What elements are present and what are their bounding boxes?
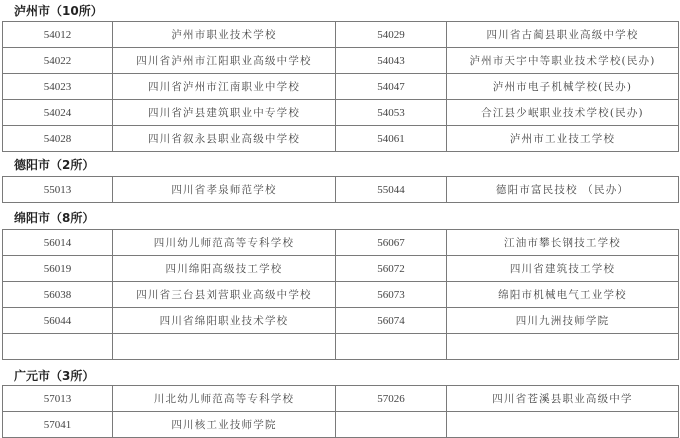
- school-name: 四川省三台县刘营职业高级中学校: [113, 282, 336, 308]
- school-name: 四川绵阳高级技工学校: [113, 256, 336, 282]
- school-code: 54024: [3, 100, 113, 126]
- school-code: 54022: [3, 48, 113, 74]
- school-code: 54023: [3, 74, 113, 100]
- school-code: 57026: [336, 386, 447, 412]
- school-code: [336, 334, 447, 360]
- table-row: 54012 泸州市职业技术学校 54029 四川省古蔺县职业高级中学校: [3, 22, 679, 48]
- school-name: 绵阳市机械电气工业学校: [447, 282, 679, 308]
- school-code: [336, 412, 447, 438]
- school-name: 四川省绵阳职业技术学校: [113, 308, 336, 334]
- school-code: 55044: [336, 177, 447, 203]
- school-name: 四川省古蔺县职业高级中学校: [447, 22, 679, 48]
- school-name: 四川核工业技师学院: [113, 412, 336, 438]
- school-name: 江油市攀长钢技工学校: [447, 230, 679, 256]
- school-name: [447, 334, 679, 360]
- school-code: 56044: [3, 308, 113, 334]
- school-name: 川北幼儿师范高等专科学校: [113, 386, 336, 412]
- school-name: 泸州市天宇中等职业技术学校(民办): [447, 48, 679, 74]
- school-name: 德阳市富民技校 （民办）: [447, 177, 679, 203]
- school-name: 四川省泸州市江阳职业高级中学校: [113, 48, 336, 74]
- school-code: 54012: [3, 22, 113, 48]
- school-name: 四川九洲技师学院: [447, 308, 679, 334]
- deyang-school-table: 55013 四川省孝泉师范学校 55044 德阳市富民技校 （民办）: [2, 176, 679, 203]
- school-code: 56019: [3, 256, 113, 282]
- school-code: 54028: [3, 126, 113, 152]
- school-code: 56072: [336, 256, 447, 282]
- school-name: 泸州市工业技工学校: [447, 126, 679, 152]
- school-code: 56014: [3, 230, 113, 256]
- school-name: 四川省孝泉师范学校: [113, 177, 336, 203]
- school-code: 56038: [3, 282, 113, 308]
- school-code: 56074: [336, 308, 447, 334]
- school-code: 54047: [336, 74, 447, 100]
- school-code: 54043: [336, 48, 447, 74]
- school-name: 四川省泸县建筑职业中专学校: [113, 100, 336, 126]
- section-title-deyang: 德阳市（2所）: [14, 157, 94, 173]
- table-row: 56014 四川幼儿师范高等专科学校 56067 江油市攀长钢技工学校: [3, 230, 679, 256]
- school-code: 54053: [336, 100, 447, 126]
- school-code: 56073: [336, 282, 447, 308]
- table-row: 54022 四川省泸州市江阳职业高级中学校 54043 泸州市天宇中等职业技术学…: [3, 48, 679, 74]
- table-row: 56044 四川省绵阳职业技术学校 56074 四川九洲技师学院: [3, 308, 679, 334]
- school-code: 57013: [3, 386, 113, 412]
- school-code: 54029: [336, 22, 447, 48]
- school-code: 55013: [3, 177, 113, 203]
- school-name: 四川幼儿师范高等专科学校: [113, 230, 336, 256]
- mianyang-school-table: 56014 四川幼儿师范高等专科学校 56067 江油市攀长钢技工学校 5601…: [2, 229, 679, 360]
- table-row: 54024 四川省泸县建筑职业中专学校 54053 合江县少岷职业技术学校(民办…: [3, 100, 679, 126]
- school-code: [3, 334, 113, 360]
- school-code: 54061: [336, 126, 447, 152]
- table-row: 57041 四川核工业技师学院: [3, 412, 679, 438]
- table-row: 56019 四川绵阳高级技工学校 56072 四川省建筑技工学校: [3, 256, 679, 282]
- school-name: 四川省叙永县职业高级中学校: [113, 126, 336, 152]
- table-row: 54028 四川省叙永县职业高级中学校 54061 泸州市工业技工学校: [3, 126, 679, 152]
- school-name: 四川省苍溪县职业高级中学: [447, 386, 679, 412]
- school-name: 四川省建筑技工学校: [447, 256, 679, 282]
- school-name: [447, 412, 679, 438]
- table-row: 57013 川北幼儿师范高等专科学校 57026 四川省苍溪县职业高级中学: [3, 386, 679, 412]
- section-title-mianyang: 绵阳市（8所）: [14, 210, 94, 226]
- table-row: 54023 四川省泸州市江南职业中学校 54047 泸州市电子机械学校(民办): [3, 74, 679, 100]
- section-title-guangyuan: 广元市（3所）: [14, 368, 94, 384]
- table-row: 56038 四川省三台县刘营职业高级中学校 56073 绵阳市机械电气工业学校: [3, 282, 679, 308]
- section-title-luzhou: 泸州市（10所）: [14, 3, 103, 19]
- table-row: 55013 四川省孝泉师范学校 55044 德阳市富民技校 （民办）: [3, 177, 679, 203]
- school-name: 合江县少岷职业技术学校(民办): [447, 100, 679, 126]
- guangyuan-school-table: 57013 川北幼儿师范高等专科学校 57026 四川省苍溪县职业高级中学 57…: [2, 385, 679, 438]
- school-name: 泸州市职业技术学校: [113, 22, 336, 48]
- school-name: 泸州市电子机械学校(民办): [447, 74, 679, 100]
- school-name: 四川省泸州市江南职业中学校: [113, 74, 336, 100]
- school-code: 57041: [3, 412, 113, 438]
- school-code: 56067: [336, 230, 447, 256]
- school-name: [113, 334, 336, 360]
- luzhou-school-table: 54012 泸州市职业技术学校 54029 四川省古蔺县职业高级中学校 5402…: [2, 21, 679, 152]
- table-row-empty: [3, 334, 679, 360]
